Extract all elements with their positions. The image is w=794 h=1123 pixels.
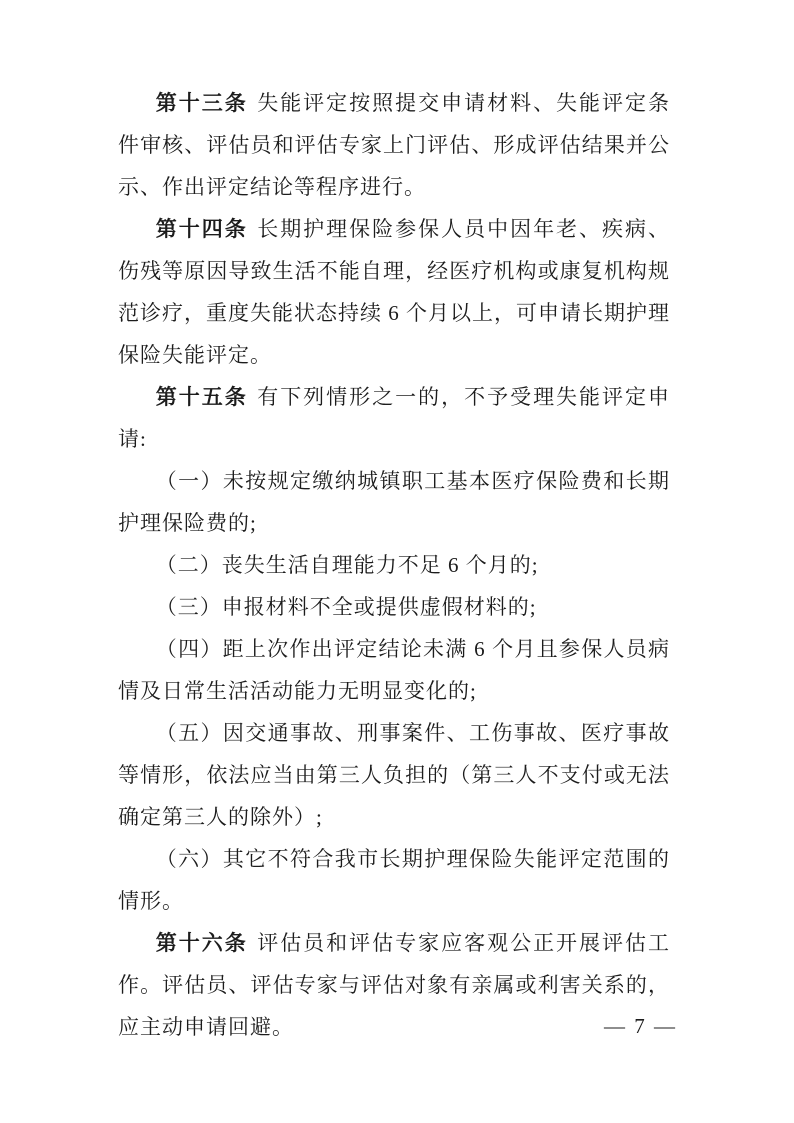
article-15-item-2-text: （二）丧失生活自理能力不足 6 个月的; xyxy=(156,553,539,577)
article-15-paragraph: 第十五条有下列情形之一的，不予受理失能评定申请: xyxy=(118,376,670,460)
article-15-item-4-text: （四）距上次作出评定结论未满 6 个月且参保人员病情及日常生活活动能力无明显变化… xyxy=(118,637,670,703)
article-16-paragraph: 第十六条评估员和评估专家应客观公正开展评估工作。评估员、评估专家与评估对象有亲属… xyxy=(118,922,670,1048)
article-15-item-5-text: （五）因交通事故、刑事案件、工伤事故、医疗事故等情形，依法应当由第三人负担的（第… xyxy=(118,721,670,829)
article-15-item-5: （五）因交通事故、刑事案件、工伤事故、医疗事故等情形，依法应当由第三人负担的（第… xyxy=(118,712,670,838)
article-15-item-2: （二）丧失生活自理能力不足 6 个月的; xyxy=(118,544,670,586)
article-15-item-1: （一）未按规定缴纳城镇职工基本医疗保险费和长期护理保险费的; xyxy=(118,460,670,544)
article-14-label: 第十四条 xyxy=(156,217,248,241)
article-15-item-6: （六）其它不符合我市长期护理保险失能评定范围的情形。 xyxy=(118,838,670,922)
article-15-item-3-text: （三）申报材料不全或提供虚假材料的; xyxy=(156,595,537,619)
page-number: — 7 — xyxy=(604,1014,677,1038)
document-body: 第十三条失能评定按照提交申请材料、失能评定条件审核、评估员和评估专家上门评估、形… xyxy=(118,82,670,1048)
article-16-label: 第十六条 xyxy=(156,931,248,955)
article-13-label: 第十三条 xyxy=(156,91,248,115)
article-13-paragraph: 第十三条失能评定按照提交申请材料、失能评定条件审核、评估员和评估专家上门评估、形… xyxy=(118,82,670,208)
article-15-item-6-text: （六）其它不符合我市长期护理保险失能评定范围的情形。 xyxy=(118,847,670,913)
document-page: 第十三条失能评定按照提交申请材料、失能评定条件审核、评估员和评估专家上门评估、形… xyxy=(0,0,794,1123)
article-15-label: 第十五条 xyxy=(156,385,248,409)
article-15-item-1-text: （一）未按规定缴纳城镇职工基本医疗保险费和长期护理保险费的; xyxy=(118,469,670,535)
article-14-paragraph: 第十四条长期护理保险参保人员中因年老、疾病、伤残等原因导致生活不能自理，经医疗机… xyxy=(118,208,670,376)
article-15-item-4: （四）距上次作出评定结论未满 6 个月且参保人员病情及日常生活活动能力无明显变化… xyxy=(118,628,670,712)
article-15-item-3: （三）申报材料不全或提供虚假材料的; xyxy=(118,586,670,628)
